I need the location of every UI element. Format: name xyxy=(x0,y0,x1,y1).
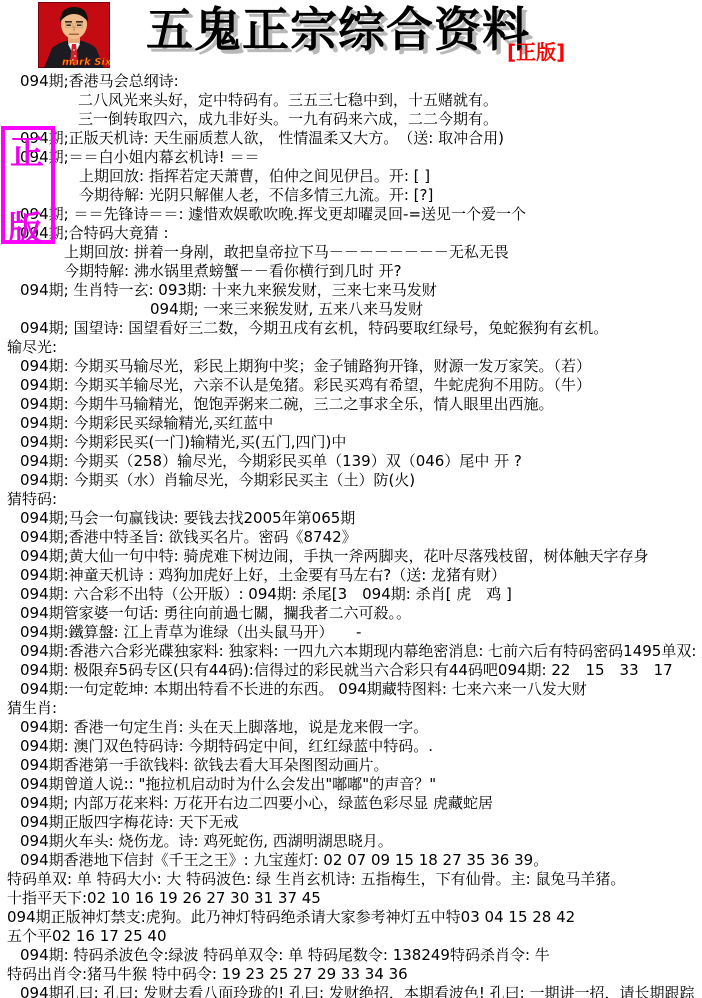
text-line: 094期; 生肖特一玄: 093期: 十来九来猴发财，三来七来马发财 xyxy=(0,281,702,300)
edition-tag: [正版] xyxy=(507,36,565,65)
text-line: 三一倒转取四六，成九非好头。一九有码来六成，二二今期有。 xyxy=(0,110,702,129)
text-line: 094期: 香港一句定生肖: 头在天上脚落地，说是龙来假一字。 xyxy=(0,718,702,737)
text-line: 094期: 今期买马输尽光，彩民上期狗中奖；金子铺路狗开锋，财源一发万家笑。（若… xyxy=(0,357,702,376)
text-line: 094期正版神灯禁支:虎狗。此乃神灯特码绝杀请大家参考神灯五中特03 04 15… xyxy=(0,908,702,927)
text-line: 今期待解: 光阴只解催人老，不信多情三九流。开: [?] xyxy=(0,186,702,205)
content-lines: 094期;香港马会总纲诗:二八风光来头好，定中特码有。三五三七稳中到，十五赌就有… xyxy=(0,72,702,998)
text-line: 094期;正版天机诗: 天生丽质惹人欲， 性情温柔又大方。 （送: 取冲合用) xyxy=(0,129,702,148)
text-line: 094期火车头: 烧伤龙。诗: 鸡死蛇伤, 西湖明湖思晓月。 xyxy=(0,832,702,851)
text-line: 094期: 今期买羊输尽光，六亲不认是兔猪。彩民买鸡有希望，牛蛇虎狗不用防。（牛… xyxy=(0,376,702,395)
text-line: 今期特解: 沸水锅里煮螃蟹－－看你横行到几时 开? xyxy=(0,262,702,281)
text-line: 094期;香港马会总纲诗: xyxy=(0,72,702,91)
text-line: 094期; ＝＝先锋诗＝＝: 遽惜欢娱歌吹晚.挥戈更却曜灵回-=送见一个爱一个 xyxy=(0,205,702,224)
text-line: 094期;香港中特圣旨: 欲钱买名片。密码《8742》 xyxy=(0,528,702,547)
text-line: 094期: 今期彩民买(一门)输精光,买(五门,四门)中 xyxy=(0,433,702,452)
text-line: 094期香港地下信封《千王之王》: 九宝莲灯: 02 07 09 15 18 2… xyxy=(0,851,702,870)
text-line: 094期: 特码杀波色令:绿波 特码单双令: 单 特码尾数令: 138249特码… xyxy=(0,946,702,965)
text-line: 094期:一句定乾坤: 本期出特看不长进的东西。 094期藏特图料: 七来六来一… xyxy=(0,680,702,699)
text-line: 特码出肖令:猪马牛猴 特中码令: 19 23 25 27 29 33 34 36 xyxy=(0,965,702,984)
text-line: 094期正版四字梅花诗: 天下无戒 xyxy=(0,813,702,832)
text-line: 094期曾道人说:: "拖拉机启动时为什么会发出"嘟嘟"的声音？" xyxy=(0,775,702,794)
text-line: 094期: 今期牛马输精光，饱饱弄粥来二碗，三二之事求全乐，情人眼里出西施。 xyxy=(0,395,702,414)
text-line: 094期: 今期买（258）输尽光，今期彩民买单（139）双（046）尾中 开 … xyxy=(0,452,702,471)
text-line: 094期;合特码大竟猜 : xyxy=(0,224,702,243)
text-line: 二八风光来头好，定中特码有。三五三七稳中到，十五赌就有。 xyxy=(0,91,702,110)
text-line: 特码单双: 单 特码大小: 大 特码波色: 绿 生肖玄机诗: 五指梅生，下有仙骨… xyxy=(0,870,702,889)
text-line: 094期: 今期买（水）肖输尽光，今期彩民买主（土）防(火) xyxy=(0,471,702,490)
text-line: 猜生肖: xyxy=(0,699,702,718)
text-line: 输尽光: xyxy=(0,338,702,357)
text-line: 094期: 极限弃5码专区(只有44码):信得过的彩民就当六合彩只有44码吧09… xyxy=(0,661,702,680)
text-line: 猜特码: xyxy=(0,490,702,509)
text-line: 094期;黄大仙一句中特: 骑虎难下树边闹，手执一斧两脚夹，花叶尽落残枝留，树体… xyxy=(0,547,702,566)
text-line: 上期回放: 拼着一身剐，敢把皇帝拉下马－－－－－－－－无私无畏 xyxy=(0,243,702,262)
page-header: mark Six 五鬼正宗综合资料 [正版] xyxy=(0,0,702,70)
text-line: 十指平天下:02 10 16 19 26 27 30 31 37 45 xyxy=(0,889,702,908)
photo-caption: mark Six xyxy=(62,57,110,68)
page-title: 五鬼正宗综合资料 xyxy=(146,2,530,60)
text-line: 094期孔曰: 孔曰: 发财去看八面玲珑的! 孔曰: 发财绝招，本期看波色! 孔… xyxy=(0,984,702,998)
text-line: 094期: 澳门双色特码诗: 今期特码定中间，红红绿蓝中特码。. xyxy=(0,737,702,756)
text-line: 094期; 一来三来猴发财, 五来八来马发财 xyxy=(0,300,702,319)
text-line: 094期: 六合彩不出特（公开版）: 094期: 杀尾[3 094期: 杀肖[ … xyxy=(0,585,702,604)
text-line: 094期:鐵算盤: 江上青草为谁绿（出头鼠马开） - xyxy=(0,623,702,642)
text-line: 094期; 内部万花来料: 万花开右边二四要小心，绿蓝色彩尽显 虎藏蛇居 xyxy=(0,794,702,813)
text-line: 094期:神童天机诗 : 鸡狗加虎好上好，土金要有马左右?（送: 龙猪有财） xyxy=(0,566,702,585)
text-line: 094期管家婆一句话: 勇往向前過七關，攔我者二六可殺。。 xyxy=(0,604,702,623)
lottery-tip-sheet: { "colors": { "stamp_magenta": "#ff00ff"… xyxy=(0,0,702,998)
text-line: 五个平02 16 17 25 40 xyxy=(0,927,702,946)
text-line: 094期;＝＝白小姐内幕玄机诗! ＝＝ xyxy=(0,148,702,167)
text-line: 094期; 国望诗: 国望看好三二数，今期丑戌有玄机，特码要取红绿号，兔蛇猴狗有… xyxy=(0,319,702,338)
portrait-photo-icon: mark Six xyxy=(38,2,110,68)
text-line: 094期;马会一句赢钱诀: 要钱去找2005年第065期 xyxy=(0,509,702,528)
text-line: 094期: 今期彩民买绿输精光,买红蓝中 xyxy=(0,414,702,433)
text-line: 094期:香港六合彩光碟独家料: 独家料: 一四九六本期现内幕绝密消息: 七前六… xyxy=(0,642,702,661)
text-line: 094期香港第一手欲钱料: 欲钱去看大耳朵图图动画片。 xyxy=(0,756,702,775)
text-line: 上期回放: 指挥若定天萧曹，伯仲之间见伊吕。开: [ ] xyxy=(0,167,702,186)
